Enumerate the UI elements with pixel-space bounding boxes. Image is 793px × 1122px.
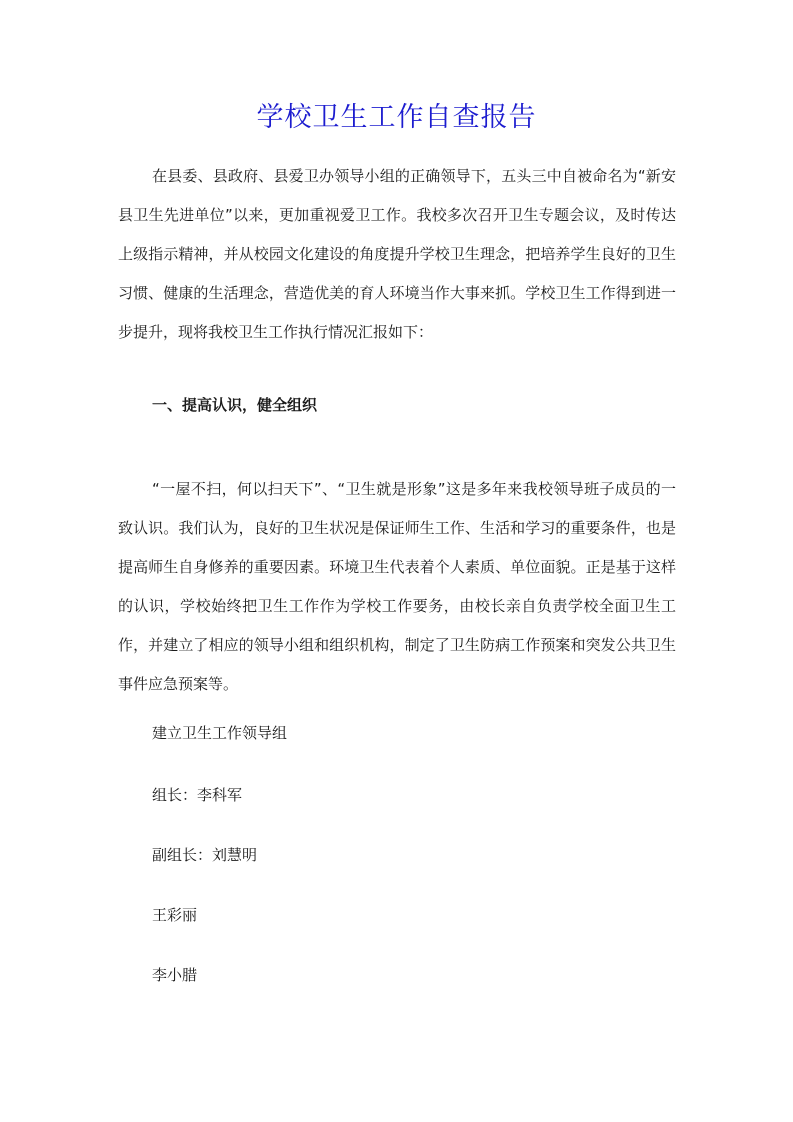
document-page: 学校卫生工作自查报告 在县委、县政府、县爱卫办领导小组的正确领导下，五头三中自被… xyxy=(0,0,793,1122)
group-member: 王彩丽 xyxy=(152,903,197,927)
group-member: 李小腊 xyxy=(152,963,197,987)
group-heading: 建立卫生工作领导组 xyxy=(152,721,287,745)
document-title: 学校卫生工作自查报告 xyxy=(0,98,793,138)
section-paragraph: “一屋不扫，何以扫天下”、“卫生就是形象”这是多年来我校领导班子成员的一致认识。… xyxy=(118,470,676,704)
intro-paragraph: 在县委、县政府、县爱卫办领导小组的正确领导下，五头三中自被命名为“新安县卫生先进… xyxy=(118,157,676,352)
section-heading: 一、提高认识，健全组织 xyxy=(118,396,317,414)
intro-paragraph-block: 在县委、县政府、县爱卫办领导小组的正确领导下，五头三中自被命名为“新安县卫生先进… xyxy=(118,157,676,352)
group-deputy-leader: 副组长：刘慧明 xyxy=(152,843,257,867)
section-paragraph-block: “一屋不扫，何以扫天下”、“卫生就是形象”这是多年来我校领导班子成员的一致认识。… xyxy=(118,470,676,704)
section-heading-block: 一、提高认识，健全组织 xyxy=(118,386,676,425)
group-leader: 组长：李科军 xyxy=(152,783,242,807)
